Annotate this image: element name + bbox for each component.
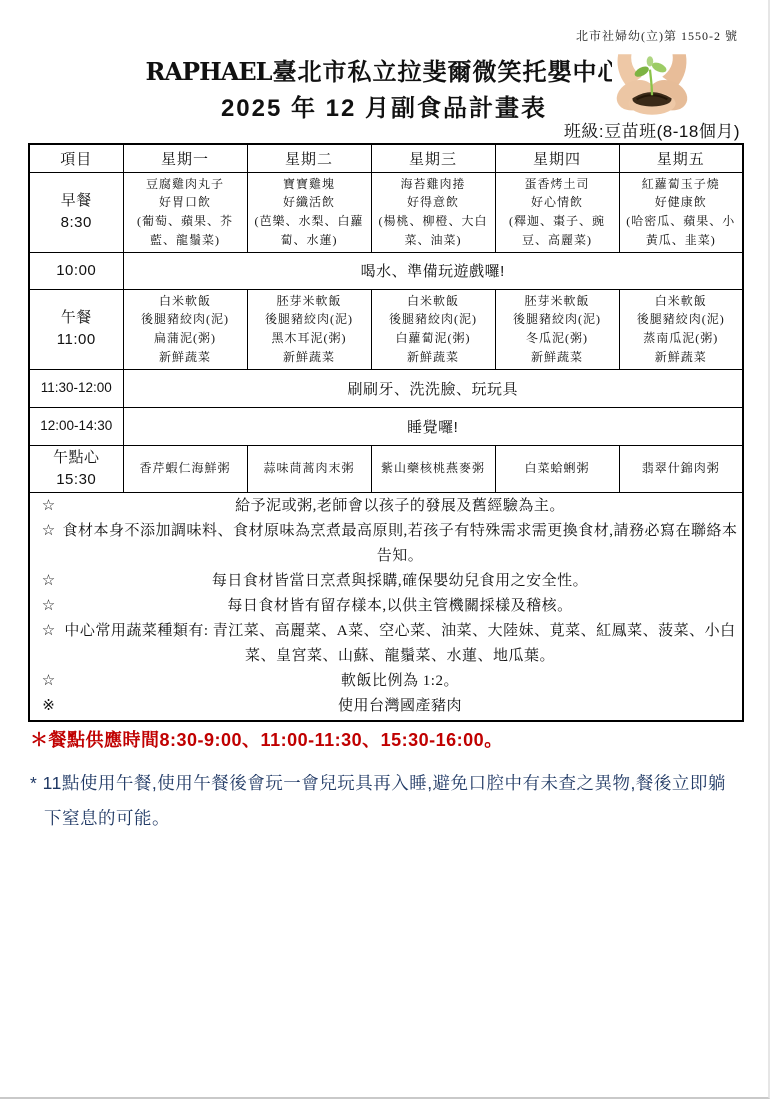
- menu-line: 胚芽米軟飯: [498, 292, 617, 311]
- activity-cell: 刷刷牙、洗洗臉、玩玩具: [123, 369, 743, 407]
- activity-cell: 睡覺囉!: [123, 407, 743, 445]
- notes-cell: ☆給予泥或粥,老師會以孩子的發展及舊經驗為主。☆食材本身不添加調味料、食材原味為…: [29, 492, 743, 721]
- column-header: 項目: [29, 144, 123, 172]
- note-text: 每日食材皆有留存樣本,以供主管機關採樣及稽核。: [60, 594, 740, 619]
- menu-line: 後腿豬絞肉(泥): [126, 310, 245, 329]
- menu-line: 白蘿蔔泥(粥): [374, 329, 493, 348]
- note-text: 給予泥或粥,老師會以孩子的發展及舊經驗為主。: [60, 494, 740, 519]
- column-header: 星期三: [371, 144, 495, 172]
- menu-line: 好健康飲: [622, 193, 741, 212]
- menu-line: 後腿豬絞肉(泥): [498, 310, 617, 329]
- note-item: ※使用台灣國產豬肉: [32, 694, 740, 719]
- note-text: 軟飯比例為 1:2。: [60, 669, 740, 694]
- menu-line: 紫山藥核桃燕麥粥: [374, 459, 493, 478]
- meal-plan-table: 項目星期一星期二星期三星期四星期五早餐8:30豆腐雞肉丸子好胃口飲(葡萄、蘋果、…: [28, 143, 744, 722]
- column-header: 星期二: [247, 144, 371, 172]
- menu-cell: 白米軟飯後腿豬絞肉(泥)扁蒲泥(粥)新鮮蔬菜: [123, 289, 247, 369]
- menu-line: 新鮮蔬菜: [126, 348, 245, 367]
- note-item: ☆食材本身不添加調味料、食材原味為烹煮最高原則,若孩子有特殊需求需更換食材,請務…: [32, 519, 740, 569]
- note-text: 中心常用蔬菜種類有: 青江菜、高麗菜、A菜、空心菜、油菜、大陸妹、莧菜、紅鳳菜、…: [60, 619, 740, 669]
- menu-line: (釋迦、棗子、豌豆、高麗菜): [498, 212, 617, 249]
- note-item: ☆軟飯比例為 1:2。: [32, 669, 740, 694]
- menu-line: 好心情飲: [498, 193, 617, 212]
- notes-row: ☆給予泥或粥,老師會以孩子的發展及舊經驗為主。☆食材本身不添加調味料、食材原味為…: [29, 492, 743, 721]
- menu-line: 新鮮蔬菜: [374, 348, 493, 367]
- class-label: 班級:豆苗班(8-18個月): [564, 117, 740, 142]
- row-label: 午點心15:30: [29, 445, 123, 492]
- menu-cell: 海苔雞肉捲好得意飲(楊桃、柳橙、大白菜、油菜): [371, 172, 495, 252]
- table-row: 早餐8:30豆腐雞肉丸子好胃口飲(葡萄、蘋果、芥藍、龍鬚菜)寶寶雞塊好纖活飲(芭…: [29, 172, 743, 252]
- table-row: 午餐11:00白米軟飯後腿豬絞肉(泥)扁蒲泥(粥)新鮮蔬菜胚芽米軟飯後腿豬絞肉(…: [29, 289, 743, 369]
- note-text: 每日食材皆當日烹煮與採購,確保嬰幼兒食用之安全性。: [60, 569, 740, 594]
- activity-cell: 喝水、準備玩遊戲囉!: [123, 252, 743, 289]
- row-label: 12:00-14:30: [29, 407, 123, 445]
- menu-cell: 寶寶雞塊好纖活飲(芭樂、水梨、白蘿蔔、水蓮): [247, 172, 371, 252]
- menu-line: 新鮮蔬菜: [250, 348, 369, 367]
- meal-time-note: ＊餐點供應時間8:30-9:00、11:00-11:30、15:30-16:00…: [30, 726, 742, 752]
- menu-line: 新鮮蔬菜: [622, 348, 741, 367]
- column-header: 星期一: [123, 144, 247, 172]
- note-text: 食材本身不添加調味料、食材原味為烹煮最高原則,若孩子有特殊需求需更換食材,請務必…: [60, 519, 740, 569]
- table-row: 10:00喝水、準備玩遊戲囉!: [29, 252, 743, 289]
- row-label-line: 10:00: [32, 260, 121, 282]
- menu-cell: 蛋香烤土司好心情飲(釋迦、棗子、豌豆、高麗菜): [495, 172, 619, 252]
- menu-line: 豆腐雞肉丸子: [126, 175, 245, 194]
- center-name-en: RAPHAEL: [145, 57, 271, 86]
- menu-line: 蛋香烤土司: [498, 175, 617, 194]
- note-text: 使用台灣國產豬肉: [60, 694, 740, 719]
- menu-line: 冬瓜泥(粥): [498, 329, 617, 348]
- menu-line: (楊桃、柳橙、大白菜、油菜): [374, 212, 493, 249]
- menu-line: 海苔雞肉捲: [374, 175, 493, 194]
- menu-cell: 白菜蛤蜊粥: [495, 445, 619, 492]
- menu-line: 香芹蝦仁海鮮粥: [126, 459, 245, 478]
- column-header: 星期四: [495, 144, 619, 172]
- lunch-safety-note: * 11點使用午餐,使用午餐後會玩一會兒玩具再入睡,避免口腔中有未查之異物,餐後…: [30, 766, 736, 836]
- menu-cell: 豆腐雞肉丸子好胃口飲(葡萄、蘋果、芥藍、龍鬚菜): [123, 172, 247, 252]
- row-label-line: 午點心: [32, 447, 121, 469]
- row-label-line: 8:30: [32, 212, 121, 234]
- note-item: ☆給予泥或粥,老師會以孩子的發展及舊經驗為主。: [32, 494, 740, 519]
- menu-line: 寶寶雞塊: [250, 175, 369, 194]
- note-item: ☆每日食材皆有留存樣本,以供主管機關採樣及稽核。: [32, 594, 740, 619]
- row-label: 早餐8:30: [29, 172, 123, 252]
- menu-cell: 紅蘿蔔玉子燒好健康飲(哈密瓜、蘋果、小黃瓜、韭菜): [619, 172, 743, 252]
- note-bullet: ☆: [32, 619, 60, 669]
- note-item: ☆中心常用蔬菜種類有: 青江菜、高麗菜、A菜、空心菜、油菜、大陸妹、莧菜、紅鳳菜…: [32, 619, 740, 669]
- note-bullet: ☆: [32, 569, 60, 594]
- note-item: ☆每日食材皆當日烹煮與採購,確保嬰幼兒食用之安全性。: [32, 569, 740, 594]
- table-row: 11:30-12:00刷刷牙、洗洗臉、玩玩具: [29, 369, 743, 407]
- row-label-line: 15:30: [32, 469, 121, 491]
- row-label-line: 午餐: [32, 307, 121, 329]
- menu-line: 扁蒲泥(粥): [126, 329, 245, 348]
- row-label-line: 早餐: [32, 190, 121, 212]
- row-label: 11:30-12:00: [29, 369, 123, 407]
- menu-line: 白米軟飯: [622, 292, 741, 311]
- menu-line: 後腿豬絞肉(泥): [622, 310, 741, 329]
- menu-line: 新鮮蔬菜: [498, 348, 617, 367]
- menu-cell: 翡翠什錦肉粥: [619, 445, 743, 492]
- menu-line: 胚芽米軟飯: [250, 292, 369, 311]
- menu-cell: 紫山藥核桃燕麥粥: [371, 445, 495, 492]
- column-header: 星期五: [619, 144, 743, 172]
- row-label: 10:00: [29, 252, 123, 289]
- menu-line: 蒜味茼蒿肉末粥: [250, 459, 369, 478]
- menu-cell: 胚芽米軟飯後腿豬絞肉(泥)冬瓜泥(粥)新鮮蔬菜: [495, 289, 619, 369]
- row-label: 午餐11:00: [29, 289, 123, 369]
- menu-line: 白米軟飯: [374, 292, 493, 311]
- menu-line: (芭樂、水梨、白蘿蔔、水蓮): [250, 212, 369, 249]
- menu-line: 好纖活飲: [250, 193, 369, 212]
- menu-line: 蒸南瓜泥(粥): [622, 329, 741, 348]
- note-bullet: ☆: [32, 494, 60, 519]
- seedling-logo-icon: [612, 54, 692, 118]
- doc-number: 北市社婦幼(立)第 1550-2 號: [576, 27, 738, 44]
- note-bullet: ☆: [32, 519, 60, 569]
- menu-cell: 蒜味茼蒿肉末粥: [247, 445, 371, 492]
- menu-cell: 胚芽米軟飯後腿豬絞肉(泥)黑木耳泥(粥)新鮮蔬菜: [247, 289, 371, 369]
- row-label-line: 12:00-14:30: [32, 416, 121, 436]
- table-row: 12:00-14:30睡覺囉!: [29, 407, 743, 445]
- menu-line: 後腿豬絞肉(泥): [250, 310, 369, 329]
- menu-cell: 白米軟飯後腿豬絞肉(泥)蒸南瓜泥(粥)新鮮蔬菜: [619, 289, 743, 369]
- menu-line: (哈密瓜、蘋果、小黃瓜、韭菜): [622, 212, 741, 249]
- menu-line: 紅蘿蔔玉子燒: [622, 175, 741, 194]
- menu-line: 後腿豬絞肉(泥): [374, 310, 493, 329]
- table-header-row: 項目星期一星期二星期三星期四星期五: [29, 144, 743, 172]
- menu-cell: 香芹蝦仁海鮮粥: [123, 445, 247, 492]
- row-label-line: 11:30-12:00: [32, 378, 121, 398]
- note-bullet: ☆: [32, 594, 60, 619]
- center-name-zh: 臺北市私立拉斐爾微笑托嬰中心: [273, 59, 623, 86]
- menu-line: 翡翠什錦肉粥: [622, 459, 741, 478]
- row-label-line: 11:00: [32, 329, 121, 351]
- menu-line: 黑木耳泥(粥): [250, 329, 369, 348]
- document-page: 北市社婦幼(立)第 1550-2 號 RAPHAEL臺北市私立拉斐爾微笑托嬰中心…: [0, 0, 770, 1099]
- menu-line: 白米軟飯: [126, 292, 245, 311]
- menu-cell: 白米軟飯後腿豬絞肉(泥)白蘿蔔泥(粥)新鮮蔬菜: [371, 289, 495, 369]
- note-bullet: ※: [32, 694, 60, 719]
- table-row: 午點心15:30香芹蝦仁海鮮粥蒜味茼蒿肉末粥紫山藥核桃燕麥粥白菜蛤蜊粥翡翠什錦肉…: [29, 445, 743, 492]
- note-bullet: ☆: [32, 669, 60, 694]
- menu-line: 白菜蛤蜊粥: [498, 459, 617, 478]
- menu-line: 好胃口飲: [126, 193, 245, 212]
- menu-line: 好得意飲: [374, 193, 493, 212]
- menu-line: (葡萄、蘋果、芥藍、龍鬚菜): [126, 212, 245, 249]
